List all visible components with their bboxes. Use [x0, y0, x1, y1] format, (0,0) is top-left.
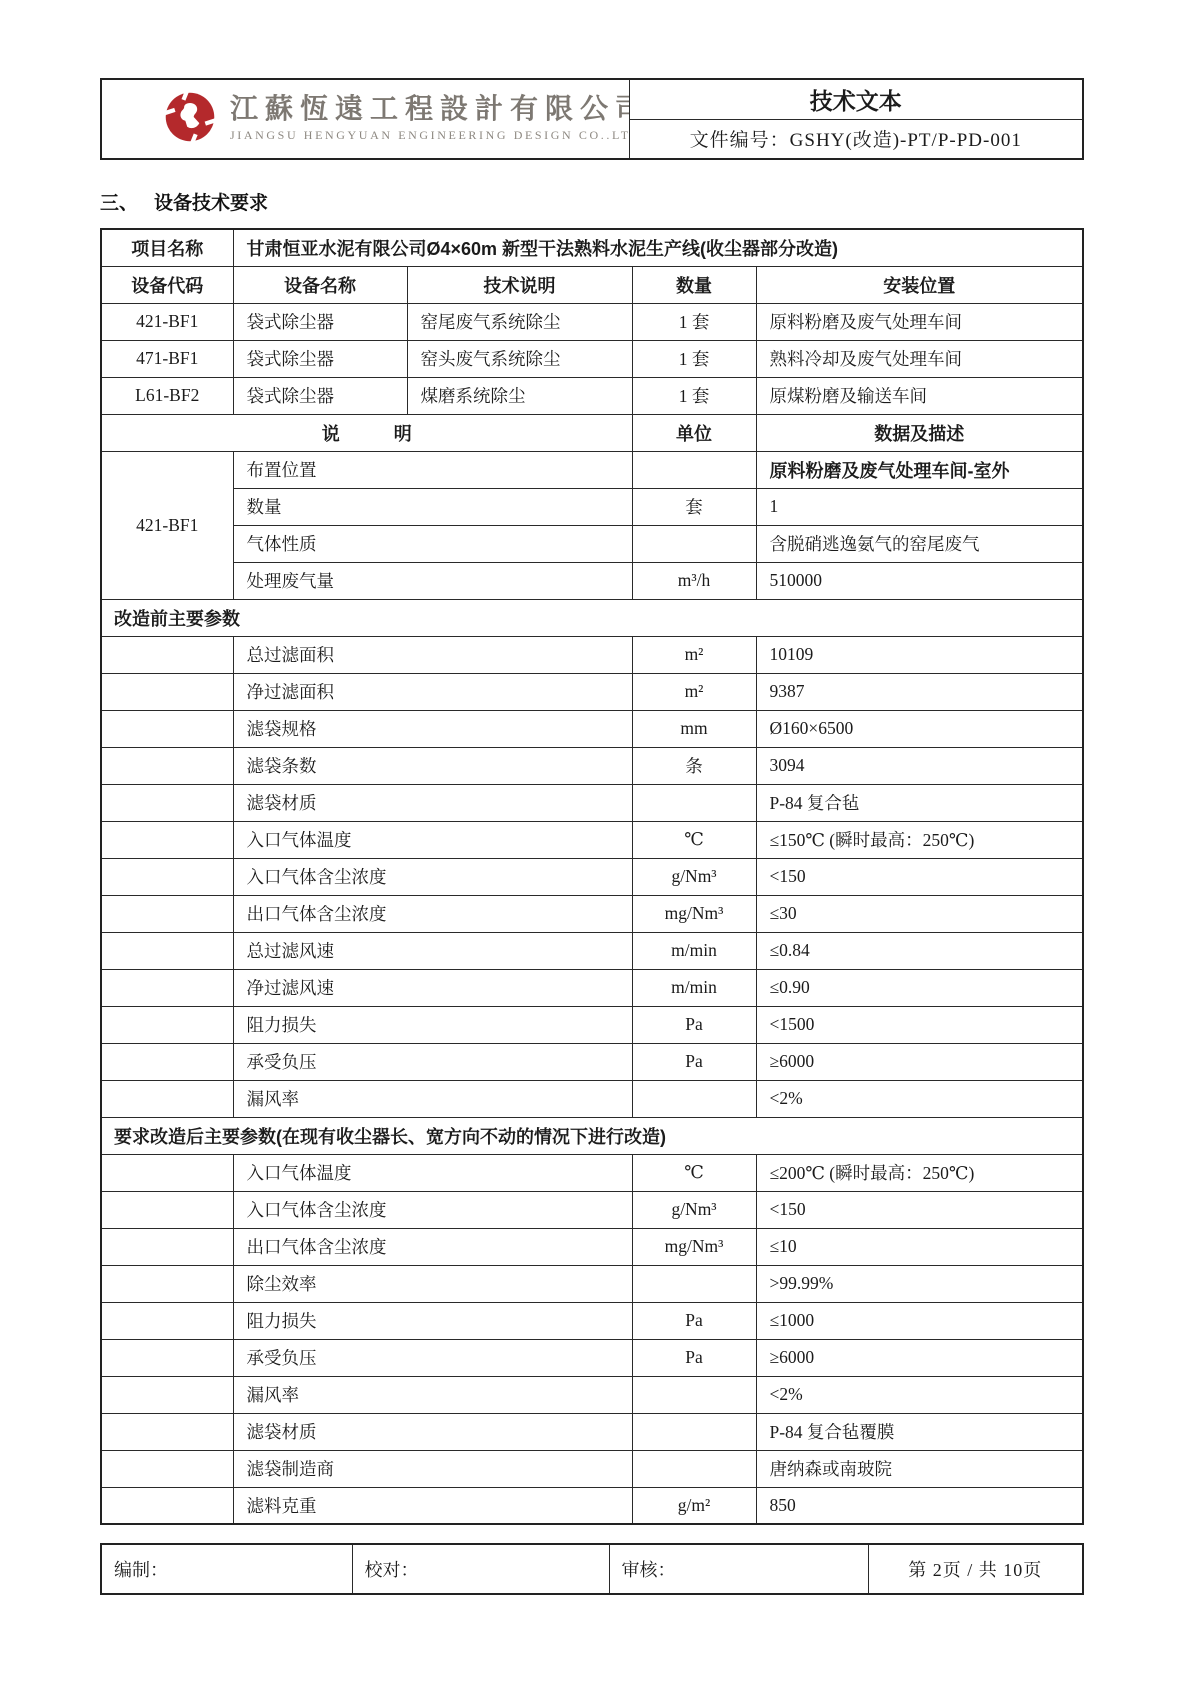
- param-label-cell: 数量: [233, 488, 632, 525]
- device-col-header-3: 数量: [632, 266, 756, 303]
- table-row: 滤袋材质P-84 复合毡: [101, 784, 1083, 821]
- table-row: 出口气体含尘浓度mg/Nm³≤10: [101, 1228, 1083, 1265]
- device-col-header-2: 技术说明: [407, 266, 632, 303]
- empty-cell: [101, 858, 233, 895]
- param-unit-cell: [632, 1450, 756, 1487]
- empty-cell: [101, 1413, 233, 1450]
- param-value-cell: P-84 复合毡: [756, 784, 1083, 821]
- param-value-cell: 850: [756, 1487, 1083, 1524]
- param-unit-cell: Pa: [632, 1006, 756, 1043]
- document-footer: 编制： 校对： 审核： 第 2页 / 共 10页: [100, 1543, 1084, 1595]
- param-unit-cell: m³/h: [632, 562, 756, 599]
- reviewed-by-cell: 审核：: [609, 1544, 868, 1594]
- table-row: 承受负压Pa≥6000: [101, 1339, 1083, 1376]
- param-unit-cell: [632, 1413, 756, 1450]
- param-value-cell: 含脱硝逃逸氨气的窑尾废气: [756, 525, 1083, 562]
- device-col-header-0: 设备代码: [101, 266, 233, 303]
- table-row: 净过滤面积m²9387: [101, 673, 1083, 710]
- param-unit-cell: m²: [632, 673, 756, 710]
- table-row: 出口气体含尘浓度mg/Nm³≤30: [101, 895, 1083, 932]
- equipment-spec-table: 项目名称甘肃恒亚水泥有限公司Ø4×60m 新型干法熟料水泥生产线(收尘器部分改造…: [100, 228, 1084, 1525]
- param-unit-cell: Pa: [632, 1339, 756, 1376]
- empty-cell: [101, 710, 233, 747]
- param-value-cell: ≤10: [756, 1228, 1083, 1265]
- param-label-cell: 滤袋条数: [233, 747, 632, 784]
- prepared-by-cell: 编制：: [101, 1544, 352, 1594]
- device-location-cell: 原料粉磨及废气处理车间: [756, 303, 1083, 340]
- param-unit-cell: [632, 451, 756, 488]
- param-label-cell: 出口气体含尘浓度: [233, 895, 632, 932]
- param-value-cell: ≤1000: [756, 1302, 1083, 1339]
- device-col-header-4: 安装位置: [756, 266, 1083, 303]
- device-name-cell: 袋式除尘器: [233, 303, 407, 340]
- empty-cell: [101, 1006, 233, 1043]
- param-unit-cell: mg/Nm³: [632, 895, 756, 932]
- section-title: 三、设备技术要求: [100, 188, 1082, 215]
- param-unit-cell: Pa: [632, 1043, 756, 1080]
- param-label-cell: 净过滤面积: [233, 673, 632, 710]
- table-row: 入口气体温度℃≤200℃ (瞬时最高：250℃): [101, 1154, 1083, 1191]
- table-row: 说 明单位数据及描述: [101, 414, 1083, 451]
- table-row: 滤袋制造商唐纳森或南玻院: [101, 1450, 1083, 1487]
- param-value-cell: 3094: [756, 747, 1083, 784]
- doc-type-title: 技术文本: [629, 79, 1083, 119]
- param-unit-cell: 套: [632, 488, 756, 525]
- table-row: 项目名称甘肃恒亚水泥有限公司Ø4×60m 新型干法熟料水泥生产线(收尘器部分改造…: [101, 229, 1083, 266]
- param-label-cell: 阻力损失: [233, 1006, 632, 1043]
- param-value-cell: <1500: [756, 1006, 1083, 1043]
- param-unit-cell: g/Nm³: [632, 858, 756, 895]
- param-value-cell: ≥6000: [756, 1339, 1083, 1376]
- table-row: 数量套1: [101, 488, 1083, 525]
- param-label-cell: 承受负压: [233, 1043, 632, 1080]
- param-unit-cell: ℃: [632, 1154, 756, 1191]
- device-desc-cell: 煤磨系统除尘: [407, 377, 632, 414]
- empty-cell: [101, 1191, 233, 1228]
- table-row: 阻力损失Pa≤1000: [101, 1302, 1083, 1339]
- empty-cell: [101, 636, 233, 673]
- document-page: 江蘇恆遠工程設計有限公司 JIANGSU HENGYUAN ENGINEERIN…: [0, 0, 1199, 1696]
- param-unit-cell: m²: [632, 636, 756, 673]
- table-row: 滤袋材质P-84 复合毡覆膜: [101, 1413, 1083, 1450]
- device-qty-cell: 1 套: [632, 377, 756, 414]
- param-value-cell: 10109: [756, 636, 1083, 673]
- table-row: 设备代码设备名称技术说明数量安装位置: [101, 266, 1083, 303]
- table-row: 滤袋条数条3094: [101, 747, 1083, 784]
- table-row: 入口气体含尘浓度g/Nm³<150: [101, 858, 1083, 895]
- param-label-cell: 承受负压: [233, 1339, 632, 1376]
- section-title-text: 设备技术要求: [154, 193, 268, 214]
- param-value-cell: ≥6000: [756, 1043, 1083, 1080]
- table-row: 气体性质含脱硝逃逸氨气的窑尾废气: [101, 525, 1083, 562]
- param-unit-cell: [632, 1376, 756, 1413]
- param-label-cell: 入口气体含尘浓度: [233, 1191, 632, 1228]
- empty-cell: [101, 784, 233, 821]
- empty-cell: [101, 821, 233, 858]
- param-unit-cell: 条: [632, 747, 756, 784]
- param-value-cell: 510000: [756, 562, 1083, 599]
- table-row: 入口气体温度℃≤150℃ (瞬时最高：250℃): [101, 821, 1083, 858]
- empty-cell: [101, 969, 233, 1006]
- company-name-cn: 江蘇恆遠工程設計有限公司: [230, 95, 629, 124]
- empty-cell: [101, 747, 233, 784]
- param-label-cell: 处理废气量: [233, 562, 632, 599]
- param-unit-cell: mg/Nm³: [632, 1228, 756, 1265]
- param-value-cell: 唐纳森或南玻院: [756, 1450, 1083, 1487]
- param-label-cell: 净过滤风速: [233, 969, 632, 1006]
- param-label-cell: 出口气体含尘浓度: [233, 1228, 632, 1265]
- device-location-cell: 熟料冷却及废气处理车间: [756, 340, 1083, 377]
- section-before-header: 改造前主要参数: [101, 599, 1083, 636]
- section-title-number: 三、: [100, 193, 138, 214]
- param-label-cell: 滤料克重: [233, 1487, 632, 1524]
- param-value-cell: <150: [756, 1191, 1083, 1228]
- checked-by-cell: 校对：: [352, 1544, 609, 1594]
- company-logo-icon: [162, 89, 218, 150]
- table-row: 总过滤面积m²10109: [101, 636, 1083, 673]
- doc-number-label: 文件编号：: [690, 130, 790, 151]
- table-row: 421-BF1布置位置原料粉磨及废气处理车间-室外: [101, 451, 1083, 488]
- device-name-cell: 袋式除尘器: [233, 377, 407, 414]
- device-qty-cell: 1 套: [632, 340, 756, 377]
- table-row: 漏风率<2%: [101, 1080, 1083, 1117]
- doc-number-value: GSHY(改造)-PT/P-PD-001: [790, 130, 1022, 151]
- empty-cell: [101, 895, 233, 932]
- param-label-cell: 滤袋材质: [233, 784, 632, 821]
- company-logo-cell: 江蘇恆遠工程設計有限公司 JIANGSU HENGYUAN ENGINEERIN…: [101, 79, 629, 159]
- doc-number: 文件编号：GSHY(改造)-PT/P-PD-001: [629, 119, 1083, 159]
- empty-cell: [101, 1339, 233, 1376]
- param-value-cell: <2%: [756, 1376, 1083, 1413]
- param-label-cell: 入口气体温度: [233, 821, 632, 858]
- param-unit-cell: ℃: [632, 821, 756, 858]
- param-label-cell: 总过滤风速: [233, 932, 632, 969]
- device-code-cell: 471-BF1: [101, 340, 233, 377]
- device-col-header-1: 设备名称: [233, 266, 407, 303]
- table-row: 421-BF1袋式除尘器窑尾废气系统除尘1 套原料粉磨及废气处理车间: [101, 303, 1083, 340]
- empty-cell: [101, 1450, 233, 1487]
- param-unit-cell: g/m²: [632, 1487, 756, 1524]
- param-label-cell: 滤袋材质: [233, 1413, 632, 1450]
- empty-cell: [101, 1376, 233, 1413]
- param-unit-cell: m/min: [632, 969, 756, 1006]
- param-label-cell: 漏风率: [233, 1080, 632, 1117]
- project-name-label: 项目名称: [101, 229, 233, 266]
- param-label-cell: 滤袋制造商: [233, 1450, 632, 1487]
- param-label-cell: 气体性质: [233, 525, 632, 562]
- spec-header-desc: 说 明: [101, 414, 632, 451]
- param-unit-cell: [632, 784, 756, 821]
- table-row: 要求改造后主要参数(在现有收尘器长、宽方向不动的情况下进行改造): [101, 1117, 1083, 1154]
- param-value-cell: ≤0.90: [756, 969, 1083, 1006]
- page-number: 第 2页 / 共 10页: [868, 1544, 1083, 1594]
- empty-cell: [101, 1487, 233, 1524]
- param-label-cell: 滤袋规格: [233, 710, 632, 747]
- device-location-cell: 原煤粉磨及输送车间: [756, 377, 1083, 414]
- param-value-cell: <150: [756, 858, 1083, 895]
- table-row: L61-BF2袋式除尘器煤磨系统除尘1 套原煤粉磨及输送车间: [101, 377, 1083, 414]
- param-value-cell: 原料粉磨及废气处理车间-室外: [756, 451, 1083, 488]
- param-label-cell: 阻力损失: [233, 1302, 632, 1339]
- param-value-cell: <2%: [756, 1080, 1083, 1117]
- table-row: 471-BF1袋式除尘器窑头废气系统除尘1 套熟料冷却及废气处理车间: [101, 340, 1083, 377]
- table-row: 改造前主要参数: [101, 599, 1083, 636]
- table-row: 滤袋规格mmØ160×6500: [101, 710, 1083, 747]
- company-name-en: JIANGSU HENGYUAN ENGINEERING DESIGN CO..…: [230, 128, 629, 143]
- table-row: 漏风率<2%: [101, 1376, 1083, 1413]
- device-name-cell: 袋式除尘器: [233, 340, 407, 377]
- param-label-cell: 除尘效率: [233, 1265, 632, 1302]
- spec-header-data: 数据及描述: [756, 414, 1083, 451]
- param-unit-cell: [632, 525, 756, 562]
- device-qty-cell: 1 套: [632, 303, 756, 340]
- param-label-cell: 入口气体含尘浓度: [233, 858, 632, 895]
- project-name-value: 甘肃恒亚水泥有限公司Ø4×60m 新型干法熟料水泥生产线(收尘器部分改造): [233, 229, 1083, 266]
- param-value-cell: 1: [756, 488, 1083, 525]
- param-value-cell: ≤200℃ (瞬时最高：250℃): [756, 1154, 1083, 1191]
- device-code-cell: L61-BF2: [101, 377, 233, 414]
- empty-cell: [101, 1043, 233, 1080]
- param-unit-cell: mm: [632, 710, 756, 747]
- table-row: 处理废气量m³/h510000: [101, 562, 1083, 599]
- empty-cell: [101, 932, 233, 969]
- device-desc-cell: 窑尾废气系统除尘: [407, 303, 632, 340]
- param-label-cell: 总过滤面积: [233, 636, 632, 673]
- table-row: 入口气体含尘浓度g/Nm³<150: [101, 1191, 1083, 1228]
- param-value-cell: P-84 复合毡覆膜: [756, 1413, 1083, 1450]
- param-label-cell: 布置位置: [233, 451, 632, 488]
- param-value-cell: Ø160×6500: [756, 710, 1083, 747]
- empty-cell: [101, 1265, 233, 1302]
- table-row: 净过滤风速m/min≤0.90: [101, 969, 1083, 1006]
- param-value-cell: ≤0.84: [756, 932, 1083, 969]
- empty-cell: [101, 1080, 233, 1117]
- device-code-cell: 421-BF1: [101, 303, 233, 340]
- spec-header-unit: 单位: [632, 414, 756, 451]
- empty-cell: [101, 1302, 233, 1339]
- param-unit-cell: m/min: [632, 932, 756, 969]
- param-value-cell: >99.99%: [756, 1265, 1083, 1302]
- param-value-cell: 9387: [756, 673, 1083, 710]
- table-row: 承受负压Pa≥6000: [101, 1043, 1083, 1080]
- table-row: 总过滤风速m/min≤0.84: [101, 932, 1083, 969]
- table-row: 除尘效率>99.99%: [101, 1265, 1083, 1302]
- param-value-cell: ≤30: [756, 895, 1083, 932]
- document-header: 江蘇恆遠工程設計有限公司 JIANGSU HENGYUAN ENGINEERIN…: [100, 78, 1084, 160]
- param-unit-cell: [632, 1080, 756, 1117]
- param-value-cell: ≤150℃ (瞬时最高：250℃): [756, 821, 1083, 858]
- param-unit-cell: Pa: [632, 1302, 756, 1339]
- device-desc-cell: 窑头废气系统除尘: [407, 340, 632, 377]
- empty-cell: [101, 1228, 233, 1265]
- device-code-rowspan-cell: 421-BF1: [101, 451, 233, 599]
- section-after-header: 要求改造后主要参数(在现有收尘器长、宽方向不动的情况下进行改造): [101, 1117, 1083, 1154]
- empty-cell: [101, 1154, 233, 1191]
- param-unit-cell: g/Nm³: [632, 1191, 756, 1228]
- param-unit-cell: [632, 1265, 756, 1302]
- footer-row: 编制： 校对： 审核： 第 2页 / 共 10页: [101, 1544, 1083, 1594]
- table-row: 滤料克重g/m²850: [101, 1487, 1083, 1524]
- param-label-cell: 漏风率: [233, 1376, 632, 1413]
- empty-cell: [101, 673, 233, 710]
- table-row: 阻力损失Pa<1500: [101, 1006, 1083, 1043]
- document-content: 江蘇恆遠工程設計有限公司 JIANGSU HENGYUAN ENGINEERIN…: [100, 78, 1082, 1595]
- param-label-cell: 入口气体温度: [233, 1154, 632, 1191]
